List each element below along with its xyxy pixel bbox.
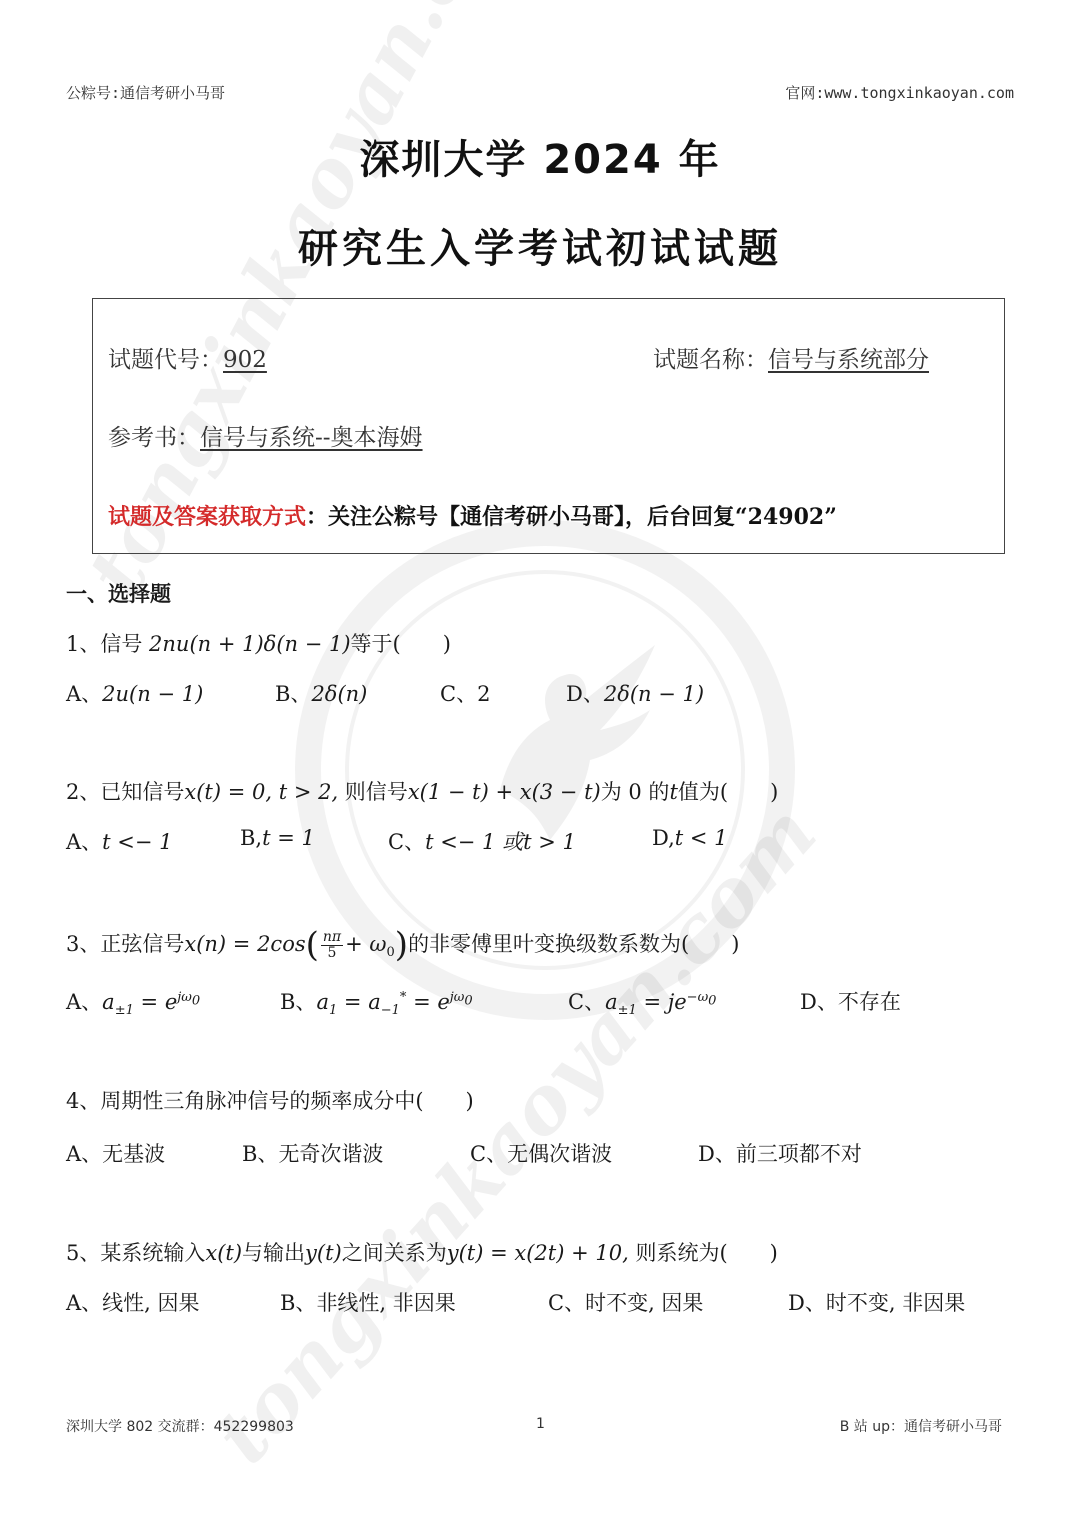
question-4: 4、周期性三角脉冲信号的频率成分中( ) (66, 1085, 474, 1115)
reference-book: 参考书：信号与系统--奥本海姆 (108, 419, 423, 452)
q2-option-c[interactable]: C、t <− 1 或t > 1 (388, 826, 576, 856)
reference-book-value: 信号与系统--奥本海姆 (200, 425, 423, 451)
answer-access-label: 试题及答案获取方式 (108, 504, 306, 530)
question-3: 3、正弦信号x(n) = 2cos(nπ5+ ω0)的非零傅里叶变换级数系数为(… (66, 925, 739, 965)
question-1-math: 2nu(n + 1)δ(n − 1) (149, 632, 351, 656)
q5-option-c[interactable]: C、时不变, 因果 (548, 1287, 703, 1317)
page-title-line1: 深圳大学 2024 年 (0, 128, 1080, 185)
q4-option-d[interactable]: D、前三项都不对 (698, 1138, 862, 1168)
header-website[interactable]: 官网:www.tongxinkaoyan.com (785, 82, 1014, 103)
q2-option-d[interactable]: D,t < 1 (652, 826, 728, 850)
reference-book-label: 参考书： (108, 425, 200, 451)
question-1-suffix: 等于( ) (351, 632, 451, 656)
fraction: nπ5 (321, 930, 343, 961)
q5-option-b[interactable]: B、非线性, 非因果 (280, 1287, 456, 1317)
section-title: 一、选择题 (66, 578, 171, 608)
q4-option-a[interactable]: A、无基波 (66, 1138, 165, 1168)
question-1: 1、信号 2nu(n + 1)δ(n − 1)等于( ) (66, 628, 451, 658)
q4-option-b[interactable]: B、无奇次谐波 (242, 1138, 383, 1168)
q4-option-c[interactable]: C、无偶次谐波 (470, 1138, 612, 1168)
footer-bilibili-info: B 站 up：通信考研小马哥 (840, 1416, 1002, 1436)
answer-access-text: ：关注公粽号【通信考研小马哥】，后台回复“24902” (306, 504, 837, 530)
exam-name: 试题名称：信号与系统部分 (653, 341, 929, 374)
exam-code-label: 试题代号： (108, 347, 223, 373)
q1-option-b[interactable]: B、2δ(n) (275, 678, 367, 708)
exam-code: 试题代号：902 (108, 341, 267, 374)
page-number: 1 (536, 1416, 545, 1432)
q3-option-c[interactable]: C、a±1 = je−ω0 (568, 986, 716, 1018)
footer-group-info: 深圳大学 802 交流群：452299803 (66, 1416, 294, 1436)
header-wechat-account: 公粽号:通信考研小马哥 (66, 82, 225, 103)
question-5: 5、某系统输入x(t)与输出y(t)之间关系为y(t) = x(2t) + 10… (66, 1237, 778, 1267)
exam-code-value: 902 (223, 347, 267, 373)
exam-name-value: 信号与系统部分 (768, 347, 929, 373)
q1-option-a[interactable]: A、2u(n − 1) (66, 678, 203, 708)
q3-option-b[interactable]: B、a1 = a−1* = ejω0 (280, 986, 473, 1018)
q5-option-d[interactable]: D、时不变, 非因果 (788, 1287, 965, 1317)
q5-option-a[interactable]: A、线性, 因果 (66, 1287, 200, 1317)
answer-access: 试题及答案获取方式：关注公粽号【通信考研小马哥】，后台回复“24902” (108, 500, 837, 531)
exam-name-label: 试题名称： (653, 347, 768, 373)
watermark-site-text-2: tongxinkaoyan.com (197, 788, 834, 1481)
q3-option-a[interactable]: A、a±1 = ejω0 (66, 986, 200, 1018)
q3-option-d[interactable]: D、不存在 (800, 986, 901, 1016)
q2-option-b[interactable]: B,t = 1 (240, 826, 315, 850)
question-2: 2、已知信号x(t) = 0, t > 2, 则信号x(1 − t) + x(3… (66, 776, 778, 806)
question-1-prefix: 1、信号 (66, 632, 149, 656)
page-title-line2: 研究生入学考试初试试题 (0, 217, 1080, 274)
q1-option-d[interactable]: D、2δ(n − 1) (566, 678, 704, 708)
q2-option-a[interactable]: A、t <− 1 (66, 826, 173, 856)
q1-option-c[interactable]: C、2 (440, 678, 490, 708)
